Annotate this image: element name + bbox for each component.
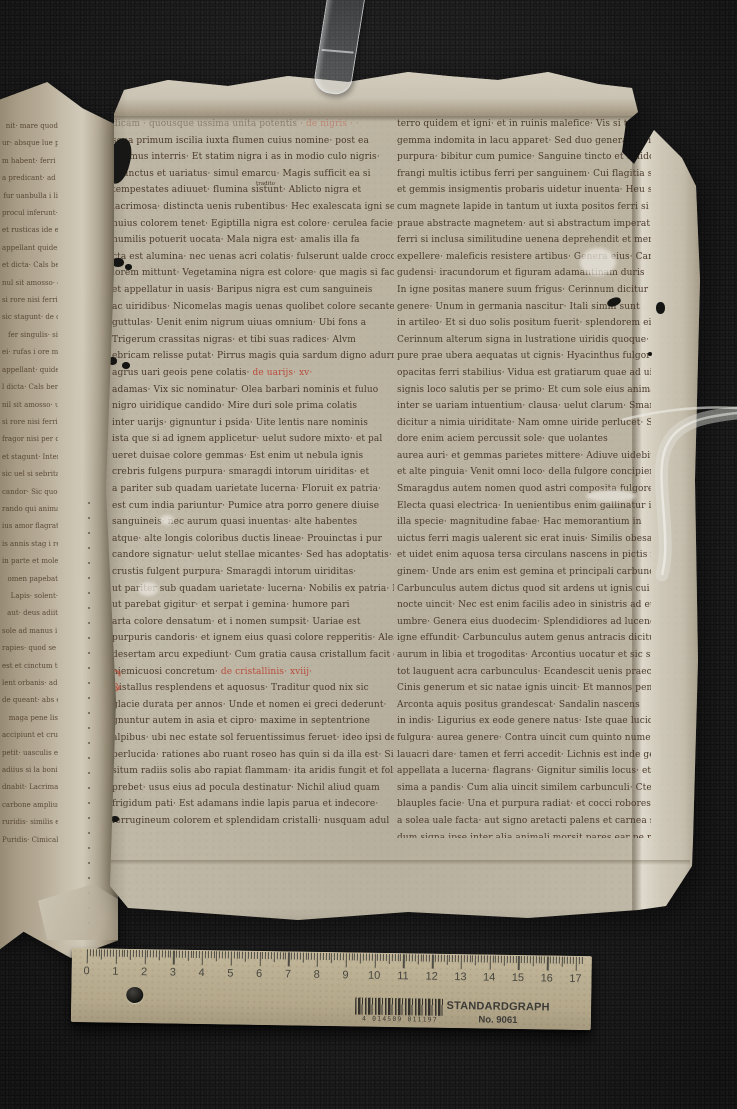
- manuscript-text-line: ista que si ad ignem applicetur· uelut s…: [112, 431, 394, 448]
- left-page-text-line: is annis stag i regno: [2, 536, 58, 553]
- ruler-tick: [423, 955, 424, 962]
- manuscript-text-line: crustis fulgent purpura· Smaragdi intoru…: [112, 564, 394, 581]
- barcode-bars: [355, 997, 443, 1015]
- left-page-text-line: rapies· quod se purpur: [2, 640, 58, 657]
- left-page-text-line: Puridis· Cimicalor eris: [2, 832, 58, 849]
- ruler-tick: [305, 953, 306, 960]
- manuscript-text-line: gemma indomita in lacu apparet· Sed duo …: [397, 133, 651, 150]
- ruler-tick: [369, 954, 370, 961]
- manuscript-text-line: cum magnete lapide in tantum ut iuxta po…: [397, 199, 651, 216]
- manuscript-text-line: pure prae ubera aequatas ut cignis· Hyac…: [397, 348, 651, 365]
- ruler-tick: [349, 953, 350, 960]
- ruler-tick: [478, 955, 479, 962]
- manuscript-text-line: Trigerum crassitas nigras· et tibi suas …: [112, 332, 394, 349]
- left-page-text-line: ei· rufas i ore manu: [2, 344, 58, 361]
- ruler-tick: [475, 955, 476, 965]
- manuscript-text-line: dicam · quousque ussima unita potentis ·…: [112, 116, 394, 133]
- ruler-tick: [162, 950, 163, 957]
- manuscript-text-line: appellata a lucerna· flagrans· Gignitur …: [397, 763, 651, 780]
- manuscript-text-line: Cerinnum alterum signa in lustratione ui…: [397, 332, 651, 349]
- manuscript-text-line: uictus ferri magis ualerent sic erat inu…: [397, 531, 651, 548]
- ruler-tick: [550, 957, 551, 964]
- ruler-tick: [107, 950, 108, 957]
- ruler-tick: [458, 955, 459, 962]
- ruler-tick: [415, 954, 416, 961]
- ruler-tick: [386, 954, 387, 961]
- ruler-tick: [432, 955, 434, 969]
- ruler-tick: [443, 955, 444, 962]
- ruler-tick: [96, 949, 97, 956]
- manuscript-text-line: dum signa ipse inter alia animali morsit…: [397, 830, 651, 838]
- left-page-text-line: ur· absque lue para: [2, 135, 58, 152]
- ruler-hanging-hole: [126, 987, 143, 1003]
- left-page-text-line: et stagunt· Inter seca est: [2, 449, 58, 466]
- manuscript-text-line: et uidet enim aquosa tersa circulans nas…: [397, 547, 651, 564]
- wormhole: [125, 264, 132, 270]
- left-page-text-line: Lapis· solent·: [2, 588, 58, 605]
- ruler-tick: [466, 955, 467, 962]
- ruler-tick: [495, 956, 496, 963]
- manuscript-text-line: umbre· Genera eius duodecim· Splendidior…: [397, 614, 651, 631]
- left-page-text-line: rando qui animarum: [2, 501, 58, 518]
- wormhole: [100, 810, 110, 817]
- ruler-tick: [124, 950, 125, 957]
- ruler-number: 3: [162, 966, 184, 978]
- manuscript-text-line: Carbunculus autem dictus quod sit ardens…: [397, 581, 651, 598]
- ruler-tick: [533, 956, 534, 966]
- ruler-tick: [377, 954, 378, 961]
- ruler-tick: [581, 957, 582, 964]
- ruler-tick: [449, 955, 450, 962]
- ruler-tick: [521, 956, 522, 963]
- ruler-tick: [487, 956, 488, 963]
- manuscript-text-line: aurum in libia et trogoditas· Arcontius …: [397, 647, 651, 664]
- ruler-tick: [360, 954, 361, 964]
- ruler-number: 1: [104, 966, 126, 978]
- manuscript-text-line: alpibus· ubi nec estate sol feruentissim…: [112, 730, 394, 747]
- manuscript-text-line: nocte uincit· Nec est enim facilis adeo …: [397, 597, 651, 614]
- manuscript-text-line: illa specie· magnitudine fabae· Hac memo…: [397, 514, 651, 531]
- ruler-tick: [190, 951, 191, 958]
- ruler-tick: [225, 951, 226, 958]
- ruler-tick: [208, 951, 209, 958]
- manuscript-text-line: aurea auri· et gemmas parietes mittere· …: [397, 448, 651, 465]
- ruler-tick: [297, 953, 298, 960]
- left-page-text-line: appellant· quidem· l ipsa: [2, 362, 58, 379]
- wormhole: [122, 362, 130, 369]
- ruler-tick: [187, 951, 188, 961]
- ruler-tick: [239, 952, 240, 959]
- ruler-tick: [481, 955, 482, 962]
- manuscript-text-line: humilis potuerit uocata· Mala nigra est·…: [112, 232, 394, 249]
- ruler-tick: [144, 950, 146, 964]
- ruler-tick: [469, 955, 470, 962]
- left-page-text-line: fur uanbulla i li: [2, 188, 58, 205]
- manuscript-page: dicam · quousque ussima unita potentis ·…: [98, 60, 700, 942]
- ruler-tick: [142, 950, 143, 957]
- ruler-tick: [87, 949, 89, 963]
- left-page-text-line: procul inferunt· ni: [2, 205, 58, 222]
- ruler-tick: [403, 954, 405, 968]
- ruler-tick: [515, 956, 516, 963]
- manuscript-text-line: huius colorem tenet· Egiptilla nigra est…: [112, 216, 394, 233]
- manuscript-text-line: situm radiis solis abo rapiat flammam· i…: [112, 763, 394, 780]
- ruler-tick: [354, 953, 355, 960]
- ruler-tick: [564, 957, 565, 964]
- manuscript-text-line: arta colore densatum· et i nomen sumpsit…: [112, 614, 394, 631]
- ruler-tick: [366, 954, 367, 961]
- manuscript-text-line: igne effundit· Carbunculus autem genus a…: [397, 630, 651, 647]
- ruler-tick: [576, 957, 578, 971]
- manuscript-text-line: perlucida· rationes abo ruant roseo has …: [112, 747, 394, 764]
- ruler-tick: [570, 957, 571, 964]
- left-page-text-line: est et cinctum terra: [2, 658, 58, 675]
- manuscript-text-line: glacie durata per annos· Unde et nomen e…: [112, 697, 394, 714]
- manuscript-text-line: et alte pinguia· Venit omni loco· della …: [397, 464, 651, 481]
- ruler-tick: [116, 950, 118, 964]
- ruler-number: 12: [421, 970, 443, 982]
- ruler-tick: [343, 953, 344, 960]
- ruler-tick: [561, 957, 562, 967]
- left-page-text-line: de queant· abs et: [2, 692, 58, 709]
- manuscript-text-line: fulgura· aurea genere· Contra uincit cum…: [397, 730, 651, 747]
- left-page-text-line: si rore nisi ferri lis·: [2, 414, 58, 431]
- manuscript-text-line: ferrugineum colorem et splendidam crista…: [112, 813, 394, 830]
- ruler-tick: [182, 951, 183, 958]
- text-column-right: terro quidem et igni· et in ruinis malef…: [397, 116, 651, 838]
- ruler-tick: [302, 953, 303, 963]
- ruler-tick: [435, 955, 436, 962]
- ruler-tick: [383, 954, 384, 961]
- ruler-model-number: No. 9061: [445, 1014, 551, 1027]
- manuscript-text-line: a solea uale facta· aut signo aretacti p…: [397, 813, 651, 830]
- ruler-tick: [291, 952, 292, 959]
- left-page-text-line: maga pene lis: [2, 710, 58, 727]
- manuscript-text-line: purpuris candoris· et ignem eius quasi c…: [112, 630, 394, 647]
- plastic-clip-right: [618, 398, 737, 590]
- ruler-tick: [541, 956, 542, 963]
- ruler-tick: [331, 953, 332, 963]
- ruler-tick: [357, 953, 358, 960]
- ruler-tick: [222, 951, 223, 958]
- ruler-tick: [277, 952, 278, 959]
- ruler-tick: [147, 950, 148, 957]
- ruler-tick: [420, 954, 421, 961]
- manuscript-text-line: adamas· Vix sic nominatur· Olea barbari …: [112, 382, 394, 399]
- ruler-number: 6: [248, 968, 270, 980]
- ruler-number: 0: [76, 965, 98, 977]
- ruler-tick: [544, 956, 545, 963]
- ruler-tick: [176, 951, 177, 958]
- ruler-tick: [472, 955, 473, 962]
- manuscript-text-line: signis loco salutis per se primo· Et cum…: [397, 382, 651, 399]
- ruler-number: 17: [564, 973, 586, 985]
- ruler-tick: [170, 951, 171, 958]
- manuscript-text-line: prebet· usus eius ad pocula destinatur· …: [112, 780, 394, 797]
- ruler-tick: [409, 954, 410, 961]
- ruler-tick: [567, 957, 568, 964]
- ruler-tick: [464, 955, 465, 962]
- manuscript-text-line: inter uarijs· gignuntur i psida· Uite le…: [112, 415, 394, 432]
- ruler-tick: [573, 957, 574, 964]
- barcode: 4 014509 011197: [355, 997, 445, 1024]
- ruler-tick: [213, 951, 214, 958]
- ruler-tick: [558, 957, 559, 964]
- ruler-tick: [380, 954, 381, 961]
- ruler-tick: [441, 955, 442, 962]
- wormhole: [111, 816, 119, 822]
- ruler-tick: [254, 952, 255, 959]
- left-page-text-line: nit· mare quod: [2, 118, 58, 135]
- manuscript-text-line: tot lauguent acra carbunculus· Ecandesci…: [397, 664, 651, 681]
- manuscript-text-line: nigro uiridique candido· Mire duri sole …: [112, 398, 394, 415]
- manuscript-text-line: dore enim aciem percussit sole· que uola…: [397, 431, 651, 448]
- manuscript-text-line: terro quidem et igni· et in ruinis malef…: [397, 116, 651, 133]
- left-page-text-line: dnabit· Lacrima: [2, 779, 58, 796]
- ruler-tick: [196, 951, 197, 958]
- ruler-tick: [119, 950, 120, 957]
- ruler-tick: [323, 953, 324, 960]
- manuscript-text-line: legimus interris· Et statim nigra i as i…: [112, 149, 394, 166]
- manuscript-text-line: lorem mittunt· Vegetamina nigra est colo…: [112, 265, 394, 282]
- ruler-tick: [173, 951, 175, 965]
- manuscript-text-line: est cum india pariuntur· Pumice atra por…: [112, 498, 394, 515]
- manuscript-text-line: desertam arcu expediunt· Cum gratia caus…: [112, 647, 394, 664]
- ruler-tick: [216, 951, 217, 961]
- ruler-tick: [288, 952, 290, 966]
- wormhole: [112, 258, 124, 267]
- ruler-tick: [257, 952, 258, 959]
- ruler-tick: [392, 954, 393, 961]
- manuscript-text-line: purpura· bibitur cum pumice· Sanguine ti…: [397, 149, 651, 166]
- manuscript-text-line: In igne positas manere suum frigus· Ceri…: [397, 282, 651, 299]
- ruler-tick: [418, 954, 419, 964]
- ruler-tick: [484, 955, 485, 962]
- ruler-tick: [268, 952, 269, 959]
- left-page-text-line: l dicta· Cals berec cui: [2, 379, 58, 396]
- manuscript-text-line: in artileo· Et si duo solis positum fuer…: [397, 315, 651, 332]
- ruler-tick: [337, 953, 338, 960]
- manuscript-page-wrap: dicam · quousque ussima unita potentis ·…: [98, 60, 700, 942]
- manuscript-text-line: Ristallus resplendens et aquosus· Tradit…: [112, 680, 394, 697]
- ruler-tick: [165, 950, 166, 957]
- ruler-tick: [136, 950, 137, 957]
- manuscript-text-line: et gemmis insigmentis probaris uidetur i…: [397, 182, 651, 199]
- manuscript-text-line: praue abstracte magnetem· aut si abstrac…: [397, 216, 651, 233]
- ruler-tick: [294, 952, 295, 959]
- ruler-tick: [245, 952, 246, 962]
- manuscript-text-line: lacrimosa· distincta uenis rubentibus· H…: [112, 199, 394, 216]
- ruler-tick: [285, 952, 286, 959]
- ruler-tick: [219, 951, 220, 958]
- manuscript-text-line: inter se uariam intuentium· clausa· uelu…: [397, 398, 651, 415]
- ruler-tick: [461, 955, 463, 969]
- ruler-tick: [311, 953, 312, 960]
- ruler-tick: [438, 955, 439, 962]
- ruler-tick: [374, 954, 376, 968]
- manuscript-text-line: cta est alumina· nec uenas acri colatis·…: [112, 249, 394, 266]
- manuscript-text-line: hiemicuosi concretum· de cristallinis· x…: [112, 664, 394, 681]
- manuscript-text-line: frigidum pati· Est adamans indie lapis p…: [112, 796, 394, 813]
- ruler-tick: [280, 952, 281, 959]
- ruler-tick: [412, 954, 413, 961]
- ruler-tick: [489, 956, 491, 970]
- ruler-tick: [389, 954, 390, 964]
- manuscript-text-line: frangi multis ictibus ferri per sanguine…: [397, 166, 651, 183]
- ruler-number: 9: [334, 969, 356, 981]
- bottom-shade: [98, 908, 700, 942]
- ruler-number: 8: [306, 969, 328, 981]
- manuscript-text-line: opacitas ferri stabilius· Vidua est grat…: [397, 365, 651, 382]
- left-page-text-line: sole ad manus i ba: [2, 623, 58, 640]
- left-page-text-line: fragor nisi per detulis· si: [2, 431, 58, 448]
- manuscript-text-line: agrus uari geois pene colatis· de uarijs…: [112, 365, 394, 382]
- ruler-tick: [395, 954, 396, 961]
- ruler-tick: [452, 955, 453, 962]
- wormhole: [656, 302, 665, 314]
- manuscript-text-line: candore signatur· uelut stellae micantes…: [112, 547, 394, 564]
- left-page-text-line: ius amor flagrat· regno: [2, 518, 58, 535]
- manuscript-text-line: sanguineis· nec aurum quasi inuentas· al…: [112, 514, 394, 531]
- manuscript-text-line: sepa primum iscilia iuxta flumen cuius n…: [112, 133, 394, 150]
- ruler-tick: [242, 952, 243, 959]
- ruler-number: 14: [478, 971, 500, 983]
- ruler-tick: [492, 956, 493, 963]
- ruler-tick: [426, 955, 427, 962]
- ruler-number: 15: [507, 972, 529, 984]
- left-page-text-line: omen papebat: [2, 571, 58, 588]
- ruler-tick: [205, 951, 206, 958]
- ruler-number: 4: [191, 967, 213, 979]
- left-page-text-line: accipiunt et crustis: [2, 727, 58, 744]
- ruler-tick: [527, 956, 528, 963]
- ruler-tick: [429, 955, 430, 962]
- ruler-tick: [317, 953, 319, 967]
- ruler-tick: [262, 952, 263, 959]
- ruler-tick: [265, 952, 266, 959]
- ruler-tick: [518, 956, 520, 970]
- ruler-tick: [251, 952, 252, 959]
- manuscript-text-line: ueret duisae colore gemmas· Est enim ut …: [112, 448, 394, 465]
- manuscript-text-line: si unctus et uariatus· simul emarcu· Mag…: [112, 166, 394, 183]
- manuscript-text-line: ac uiridibus· Nicomelas magis uenas quol…: [112, 299, 394, 316]
- ruler-tick: [185, 951, 186, 958]
- ruler-tick: [234, 952, 235, 959]
- ruler-tick: [556, 957, 557, 964]
- ruler-tick: [406, 954, 407, 961]
- ruler-tick: [455, 955, 456, 962]
- measurement-ruler: 01234567891011121314151617 4 014509 0111…: [71, 948, 592, 1030]
- ruler-number: 11: [392, 970, 414, 982]
- ruler-tick: [504, 956, 505, 966]
- ruler-tick: [127, 950, 128, 957]
- left-page-text-line: adiius si la bonis de: [2, 762, 58, 779]
- ruler-tick: [167, 951, 168, 958]
- left-page-text-line: fer singulis· si: [2, 327, 58, 344]
- ruler-tick: [400, 954, 401, 961]
- ruler-tick: [113, 950, 114, 957]
- ruler-tick: [98, 949, 99, 956]
- ruler-tick: [139, 950, 140, 957]
- ruler-number: 13: [449, 971, 471, 983]
- ruler-tick: [524, 956, 525, 963]
- wormhole: [108, 357, 117, 365]
- photo-scene: nit· mare quodur· absque lue param haben…: [0, 0, 737, 1109]
- ruler-tick: [510, 956, 511, 963]
- ruler-number: 2: [133, 966, 155, 978]
- left-page-text-line: aut· deus adiit: [2, 605, 58, 622]
- ruler-tick: [334, 953, 335, 960]
- ruler-tick: [236, 952, 237, 959]
- manuscript-text-line: blauples facie· Una et purpura radiat· e…: [397, 796, 651, 813]
- ruler-tick: [397, 954, 398, 961]
- left-page-text-column: nit· mare quodur· absque lue param haben…: [2, 118, 58, 918]
- ruler-tick: [300, 953, 301, 960]
- left-page-text-line: carbone amplius het: [2, 797, 58, 814]
- ruler-tick: [133, 950, 134, 957]
- ruler-tick: [328, 953, 329, 960]
- damage-patch: [580, 248, 616, 276]
- ruler-tick: [274, 952, 275, 962]
- ruler-tick: [535, 956, 536, 963]
- wormhole: [648, 352, 652, 356]
- ruler-tick: [93, 949, 94, 956]
- ruler-tick: [538, 956, 539, 963]
- left-page-text-line: in parte et mole ferri: [2, 553, 58, 570]
- ruler-tick: [282, 952, 283, 959]
- ruler-number: 16: [536, 972, 558, 984]
- manuscript-text-line: guttulas· Uenit enim nigrum uiuas omnium…: [112, 315, 394, 332]
- manuscript-text-line: ginem· Unde ars enim est gemina et princ…: [397, 564, 651, 581]
- left-page-text-line: et rusticas ide et ua: [2, 222, 58, 239]
- ruler-tick: [314, 953, 315, 960]
- left-page-text-line: a predicant· ad kam: [2, 170, 58, 187]
- ruler-tick: [320, 953, 321, 960]
- ruler-tick: [553, 957, 554, 964]
- top-fold-flap: [104, 60, 642, 116]
- ruler-tick: [90, 949, 91, 956]
- sewing-holes: [88, 502, 90, 932]
- left-page-text-line: appellant quidem· l ista: [2, 240, 58, 257]
- ruler-tick: [159, 950, 160, 960]
- bottom-crease: [108, 860, 690, 865]
- manuscript-text-line: dicitur a nimia uiriditate· Nam omne uir…: [397, 415, 651, 432]
- ruler-tick: [346, 953, 348, 967]
- damage-patch: [160, 515, 174, 525]
- ruler-tick: [498, 956, 499, 963]
- ruler-tick: [202, 951, 204, 965]
- ruler-tick: [271, 952, 272, 959]
- manuscript-text-line: et appellatur in uasis· Baripus nigra es…: [112, 282, 394, 299]
- ruler-tick: [363, 954, 364, 961]
- ruler-tick: [199, 951, 200, 958]
- ruler-tick: [507, 956, 508, 963]
- left-page-text-line: lent orbanis· ad si: [2, 675, 58, 692]
- ruler-tick: [231, 951, 233, 965]
- ruler-tick: [259, 952, 261, 966]
- ruler-tick: [579, 957, 580, 964]
- left-page-text-line: sic stagunt· de ossa est: [2, 309, 58, 326]
- ruler-tick: [351, 953, 352, 960]
- left-page-text-line: si rore nisi ferri de lis·: [2, 292, 58, 309]
- ruler-tick: [153, 950, 154, 957]
- ruler-tick: [340, 953, 341, 960]
- manuscript-text-line: sima a pandis· Cum alia uincit similem c…: [397, 780, 651, 797]
- manuscript-text-line: Cinis generum et sic natae ignis uincit·…: [397, 680, 651, 697]
- left-page-text-line: candor· Sic quod magis: [2, 484, 58, 501]
- ruler-tick: [130, 950, 131, 960]
- left-page-text-line: m habent· ferri se: [2, 153, 58, 170]
